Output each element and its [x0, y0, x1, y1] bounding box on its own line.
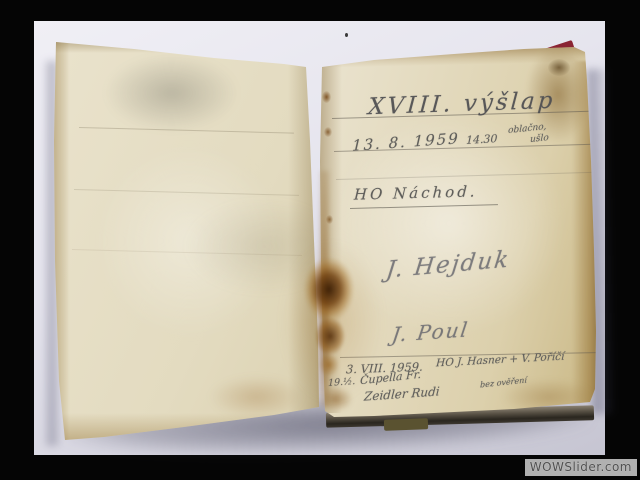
dust-speck	[345, 33, 348, 37]
watermark-link[interactable]: WOWSlider.com	[525, 459, 637, 476]
entry-time: 14.30	[466, 132, 498, 147]
slider-frame: XVIII. výšlap 13. 8. 1959 14.30 oblačno,…	[0, 0, 640, 480]
weather-note-line2: ušlo	[530, 133, 549, 145]
rust-spot	[324, 127, 332, 137]
smudge	[104, 54, 239, 132]
aged-edge	[54, 39, 310, 53]
rust-stain-center	[298, 253, 360, 383]
page-stack-tab	[384, 418, 428, 431]
rust-smudge	[209, 376, 304, 418]
aged-corner-spot	[548, 59, 570, 76]
photo: XVIII. výšlap 13. 8. 1959 14.30 oblačno,…	[34, 21, 605, 455]
rust-spot	[322, 91, 331, 103]
club-name: HO Náchod.	[354, 182, 478, 203]
signature-2: J. Poul	[390, 317, 470, 347]
entry-title: XVIII. výšlap	[367, 88, 556, 121]
entry3-name-2: Zeidler Rudi	[364, 384, 441, 403]
entry2-party: HO J. Hasner + V. Poříčí	[436, 351, 565, 370]
